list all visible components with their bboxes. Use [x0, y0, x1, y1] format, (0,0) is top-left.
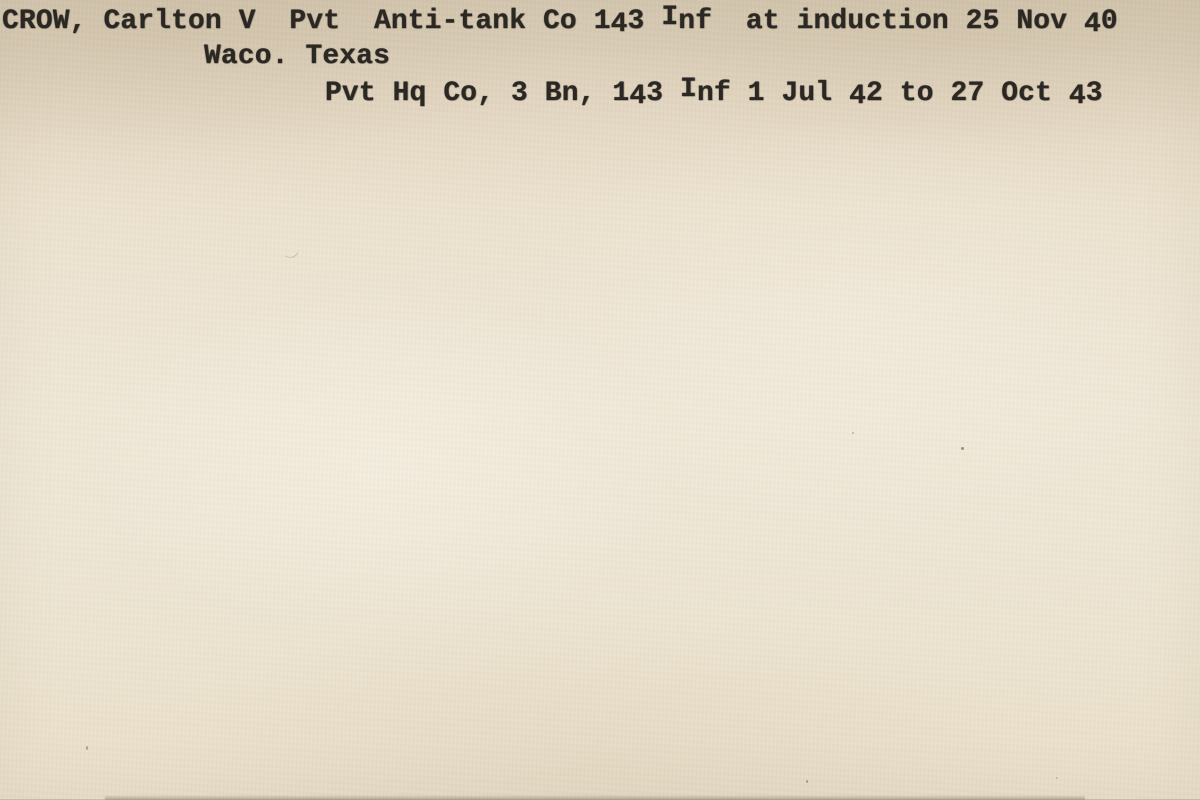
- paper-speck: [961, 447, 964, 450]
- paper-speck: [86, 746, 88, 750]
- paper-fibre: [285, 248, 299, 261]
- paper-speck: [1056, 777, 1058, 779]
- paper-speck: [806, 780, 808, 783]
- card-bottom-edge-shadow: [105, 795, 1085, 800]
- index-card: CROW, Carlton V Pvt Anti-tank Co 143 Inf…: [0, 0, 1200, 800]
- typed-line-service-entry: Pvt Hq Co, 3 Bn, 143 Inf 1 Jul 42 to 27 …: [325, 80, 1103, 108]
- paper-speck: [852, 432, 854, 434]
- paper-grain-texture: [0, 0, 1200, 800]
- typed-line-city-state: Waco. Texas: [204, 43, 390, 71]
- typed-line-name-rank-unit: CROW, Carlton V Pvt Anti-tank Co 143 Inf…: [2, 8, 1118, 36]
